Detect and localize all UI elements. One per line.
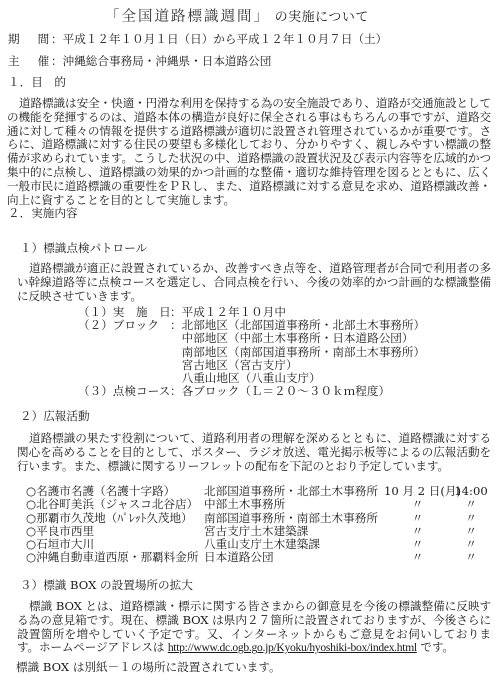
period-value: ：平成１２年１０月１日（日）から平成１２年１０月７日（土） (51, 32, 387, 46)
detail-row: 南部地区（南部国道事務所・南部土木事務所） (78, 346, 425, 359)
box-location-note: 標識 BOX は別紙－１の場所に設置されています。 (16, 659, 281, 674)
organizer-row: 主催：沖縄総合事務局・沖縄県・日本道路公団 (8, 53, 271, 69)
section2-heading: ２．実施内容 (8, 205, 78, 221)
section1-heading: １．目 的 (8, 74, 66, 90)
sub2-body: 道路標識の果たす役割について、道路利用者の理解を深めるとともに、道路標識に対する… (17, 432, 491, 473)
section1-body: 道路標識は安全・快適・円滑な利用を保持する為の安全施設であり、道路が交通施設とし… (7, 97, 491, 207)
distribution-table: ○名護市名護（名護十字路）北部国道事務所・北部土木事務所10 月 2 日(月)1… (26, 485, 491, 565)
detail-row: （３）点検コース：各ブロック（Ｌ＝２０～３０ｋｍ程度） (78, 385, 425, 398)
distribution-row: ○名護市名護（名護十字路）北部国道事務所・北部土木事務所10 月 2 日(月)1… (26, 485, 491, 498)
detail-row: 中部地区（中部土木事務所・日本道路公団） (78, 332, 425, 345)
distribution-row: ○石垣市大川八重山支庁土木建築課〃〃 (26, 538, 491, 551)
organizer-label: 主催 (8, 53, 51, 69)
distribution-row: ○北谷町美浜（ジャスコ北谷店）中部土木事務所〃〃 (26, 498, 491, 511)
title-suffix: の実施について (270, 10, 369, 25)
distribution-row: ○平良市西里宮古支庁土木建築課〃〃 (26, 525, 491, 538)
title-main: 「全国道路標識週間」 (105, 9, 270, 25)
patrol-details: （１）実 施 日：平成１２年１０月中 （２）ブロック：北部地区（北部国道事務所・… (78, 306, 425, 398)
document-title: 「全国道路標識週間」 の実施について (105, 5, 369, 26)
period-label: 期間 (8, 31, 51, 47)
sub1-body: 道路標識が適正に設置されているか、改善すべき点等を、道路管理者が合同で利用者の多… (17, 262, 491, 303)
sub2-heading: ２）広報活動 (20, 408, 90, 424)
homepage-link[interactable]: http://www.dc.ogb.go.jp/Kyoku/hyoshiki-b… (168, 641, 417, 654)
organizer-value: ：沖縄総合事務局・沖縄県・日本道路公団 (51, 54, 271, 68)
distribution-row: ○沖縄自動車道西原・那覇料金所日本道路公団〃〃 (26, 551, 491, 564)
sub3-heading: ３）標識 BOX の設置場所の拡大 (20, 577, 193, 593)
sub3-body-tail: です。 (417, 640, 454, 654)
sub3-body: 標識 BOX とは、道路標識・標示に関する皆さまからの御意見を今後の標識整備に反… (17, 600, 491, 655)
distribution-row: ○那覇市久茂地（ﾊﾟﾚｯﾄ久茂地）南部国道事務所・南部土木事務所〃〃 (26, 512, 491, 525)
sub1-heading: １）標識点検パトロール (20, 240, 147, 256)
period-row: 期間：平成１２年１０月１日（日）から平成１２年１０月７日（土） (8, 31, 387, 47)
